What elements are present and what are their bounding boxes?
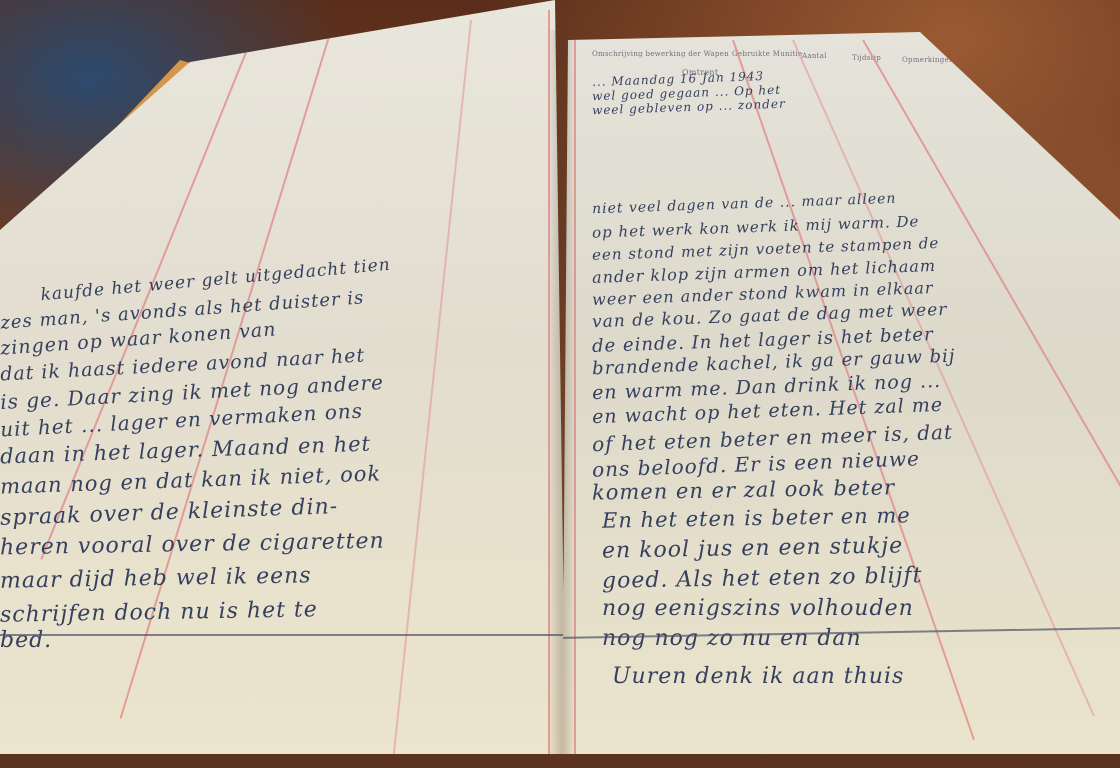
column-header: Aantal: [802, 52, 827, 60]
handwritten-line: goed. Als het eten zo blijft: [602, 563, 923, 594]
handwritten-line: maar dijd heb wel ik eens: [0, 563, 312, 593]
column-header: Gebruikte Munitie: [732, 50, 802, 58]
handwritten-line: nog nog zo nu en dan: [602, 626, 862, 651]
open-notebook: Van het Gezicht der Gebieden kaufde het …: [0, 0, 1120, 768]
end-of-entry-rule: [0, 634, 566, 636]
handwritten-line: nog eenigszins volhouden: [602, 596, 914, 621]
right-page: Omschrijving bewerking der Wapen Gebruik…: [562, 0, 1120, 768]
column-header: Omschrijving bewerking der Wapen: [592, 50, 729, 58]
handwritten-line: heren vooral over de cigaretten: [0, 529, 385, 561]
handwritten-line: komen en er zal ook beter: [592, 475, 895, 504]
left-page: Van het Gezicht der Gebieden kaufde het …: [0, 0, 566, 768]
handwritten-line: schrijfen doch nu is het te: [0, 597, 318, 628]
column-header: Opmerkingen: [902, 56, 954, 64]
book-gutter: [548, 30, 576, 768]
handwritten-line: bed.: [0, 628, 52, 653]
handwritten-line: spraak over de kleinste din-: [0, 494, 339, 531]
column-rule: [393, 20, 472, 756]
handwritten-line: Uuren denk ik aan thuis: [612, 664, 904, 689]
handwritten-line: En het eten is beter en me: [602, 503, 911, 532]
table-edge-shadow: [0, 754, 1120, 768]
handwritten-line: maan nog en dat kan ik niet, ook: [0, 461, 381, 498]
handwritten-line: niet veel dagen van de ... maar alleen: [592, 191, 897, 218]
left-page-header: Van het Gezicht der Gebieden: [300, 10, 414, 34]
handwritten-line: en kool jus en een stukje: [602, 533, 904, 563]
